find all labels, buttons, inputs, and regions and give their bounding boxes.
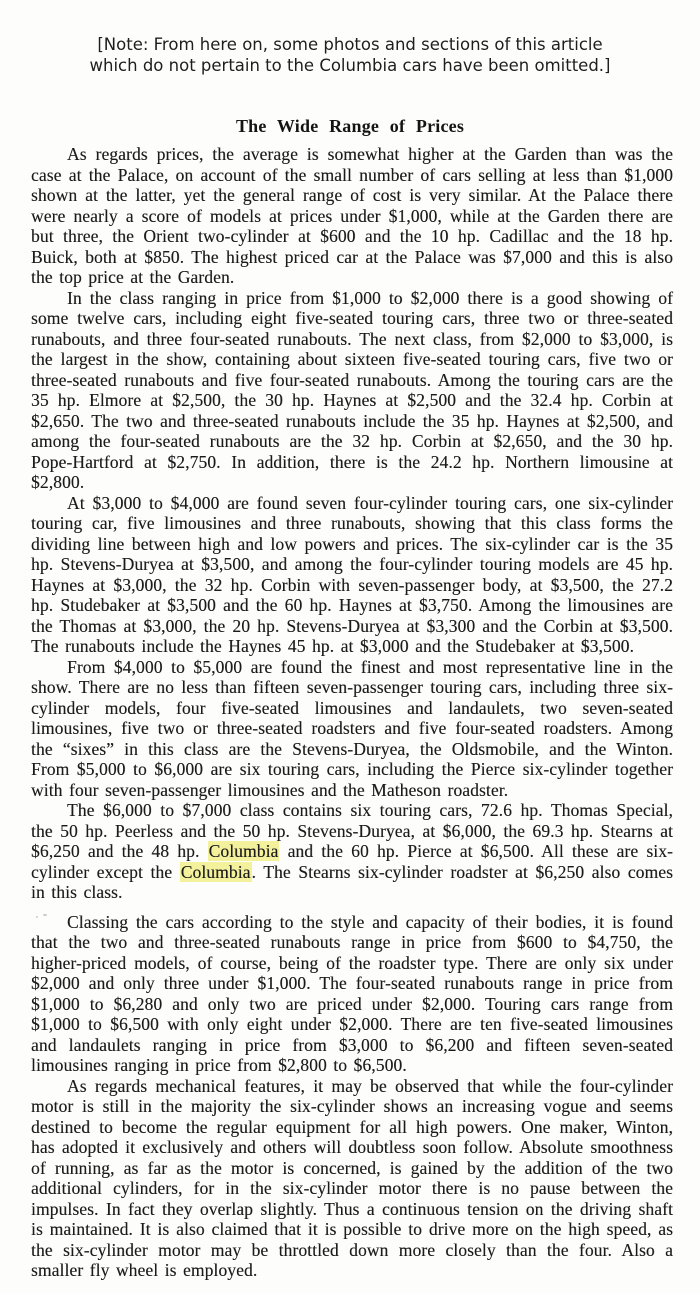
scanned-article-page: [Note: From here on, some photos and sec… <box>0 0 700 1294</box>
paragraph-class-6000-7000: The $6,000 to $7,000 class contains six … <box>31 800 673 903</box>
scan-artifact <box>36 914 48 918</box>
editor-note-line-1: [Note: From here on, some photos and sec… <box>0 34 700 55</box>
paragraph-body-styles: Classing the cars according to the style… <box>31 912 673 1076</box>
highlighted-word-columbia: Columbia <box>180 862 252 882</box>
highlighted-word-columbia: Columbia <box>208 841 280 861</box>
paragraph-class-3000-4000: At $3,000 to $4,000 are found seven four… <box>31 493 673 657</box>
paragraph-class-4000-5000: From $4,000 to $5,000 are found the fine… <box>31 657 673 801</box>
paragraph-mechanical-features: As regards mechanical features, it may b… <box>31 1076 673 1281</box>
paragraph-class-1000-2000: In the class ranging in price from $1,00… <box>31 288 673 493</box>
editor-note-line-2: which do not pertain to the Columbia car… <box>0 55 700 76</box>
article-title: The Wide Range of Prices <box>0 116 700 137</box>
article-body: As regards prices, the average is somewh… <box>0 144 700 1281</box>
editor-note: [Note: From here on, some photos and sec… <box>0 0 700 76</box>
paragraph-prices-average: As regards prices, the average is somewh… <box>31 144 673 288</box>
